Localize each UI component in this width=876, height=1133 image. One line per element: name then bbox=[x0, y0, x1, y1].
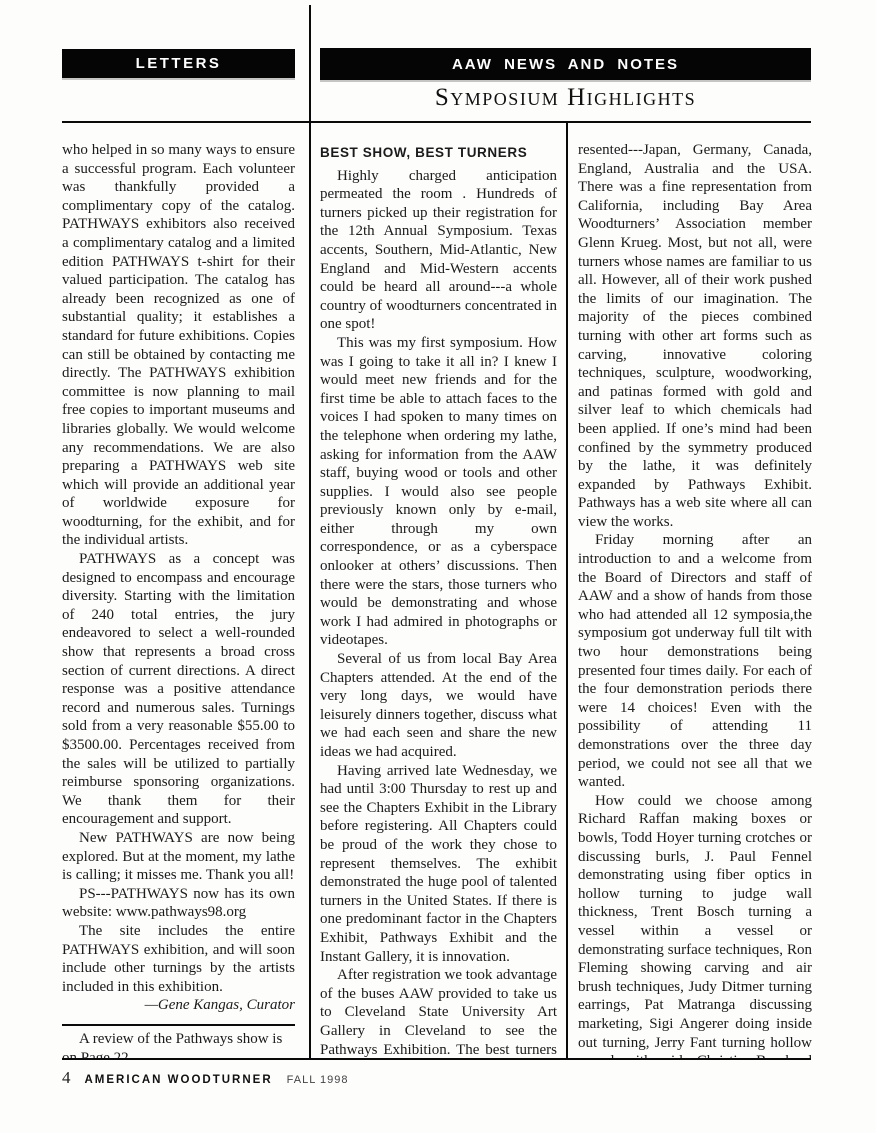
article-heading: BEST SHOW, BEST TURNERS bbox=[320, 144, 557, 163]
review-note-text: A review of the Pathways show is on Page… bbox=[62, 1030, 295, 1058]
paragraph: resented---Japan, Germany, Canada, Engla… bbox=[578, 141, 812, 531]
paragraph: who helped in so many ways to ensure a s… bbox=[62, 141, 295, 550]
paragraph: Having arrived late Wednesday, we had un… bbox=[320, 762, 557, 967]
page-footer: 4 AMERICAN WOODTURNER FALL 1998 bbox=[62, 1068, 811, 1088]
magazine-page: LETTERS AAW NEWS AND NOTES Symposium Hig… bbox=[0, 0, 876, 1133]
review-note-box: A review of the Pathways show is on Page… bbox=[62, 1024, 295, 1058]
letters-column: who helped in so many ways to ensure a s… bbox=[62, 141, 295, 1058]
column-divider-left bbox=[309, 5, 311, 1060]
article-column-2: resented---Japan, Germany, Canada, Engla… bbox=[578, 141, 812, 1058]
article-column-1: BEST SHOW, BEST TURNERS Highly charged a… bbox=[320, 141, 557, 1058]
paragraph: How could we choose among Richard Raffan… bbox=[578, 792, 812, 1058]
signature: —Gene Kangas, Curator bbox=[62, 996, 295, 1015]
header-rule bbox=[62, 121, 811, 123]
paragraph: The site includes the entire PATHWAYS ex… bbox=[62, 922, 295, 996]
paragraph: Friday morning after an introduction to … bbox=[578, 531, 812, 791]
news-header-label: AAW NEWS AND NOTES bbox=[452, 56, 679, 73]
paragraph: New PATHWAYS are now being explored. But… bbox=[62, 829, 295, 885]
footer-rule bbox=[62, 1058, 811, 1060]
paragraph: Highly charged anticipation permeated th… bbox=[320, 167, 557, 334]
paragraph: PS---PATHWAYS now has its own website: w… bbox=[62, 885, 295, 922]
paragraph: PATHWAYS as a concept was designed to en… bbox=[62, 550, 295, 829]
letters-section-header: LETTERS bbox=[62, 49, 295, 78]
paragraph: Several of us from local Bay Area Chapte… bbox=[320, 650, 557, 762]
article-title: Symposium Highlights bbox=[320, 84, 811, 112]
letters-header-label: LETTERS bbox=[136, 55, 222, 72]
paragraph: After registration we took advantage of … bbox=[320, 966, 557, 1058]
page-number: 4 bbox=[62, 1068, 71, 1088]
column-divider-right bbox=[566, 121, 568, 1060]
issue-date: FALL 1998 bbox=[287, 1074, 349, 1086]
magazine-title: AMERICAN WOODTURNER bbox=[85, 1074, 273, 1086]
paragraph: This was my first symposium. How was I g… bbox=[320, 334, 557, 650]
news-section-header: AAW NEWS AND NOTES bbox=[320, 48, 811, 80]
